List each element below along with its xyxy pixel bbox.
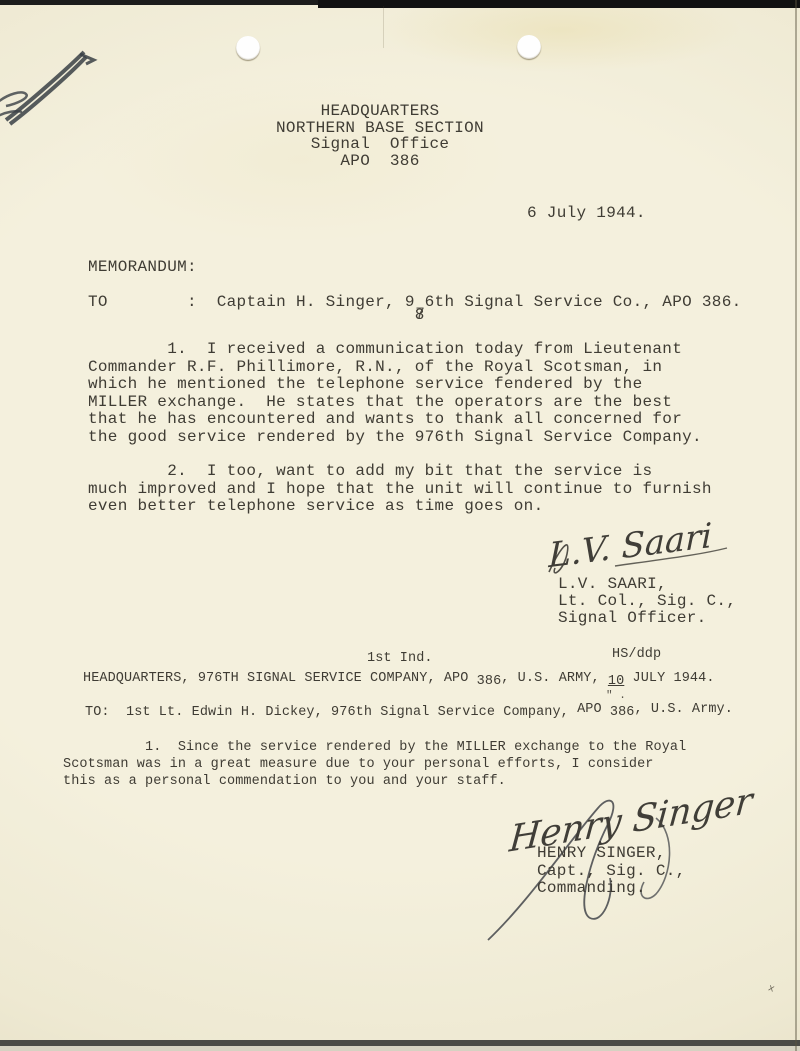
memo-to-addressee-post: 6th Signal Service Co., APO 386. <box>425 293 742 311</box>
saari-signature-flourish <box>545 520 735 580</box>
letterhead: HEADQUARTERS NORTHERN BASE SECTION Signa… <box>200 103 560 169</box>
indorsement-headquarters-line: HEADQUARTERS, 976TH SIGNAL SERVICE COMPA… <box>83 671 715 686</box>
memo-to-prefix: TO : <box>88 293 217 311</box>
punch-hole-left <box>236 36 260 60</box>
paper-crease <box>383 6 384 48</box>
typist-initials: HS/ddp <box>612 647 661 662</box>
indorsement-to-line: TO: 1st Lt. Edwin H. Dickey, 976th Signa… <box>85 705 733 720</box>
ditto-correction-mark: " . <box>606 690 626 702</box>
saari-name: L.V. SAARI, <box>558 576 736 593</box>
scan-edge-right <box>795 0 797 1051</box>
memo-to-line: TO : Captain H. Singer, 9876th Signal Se… <box>88 293 742 311</box>
singer-rank: Capt., Sig. C., <box>537 863 686 881</box>
document-page: HEADQUARTERS NORTHERN BASE SECTION Signa… <box>0 0 800 1051</box>
saari-title: Signal Officer. <box>558 610 736 627</box>
apo-number-2: 386 <box>610 705 635 720</box>
letterhead-line-headquarters: HEADQUARTERS <box>200 103 560 120</box>
singer-typed-block: HENRY SINGER, Capt., Sig. C., Commanding… <box>537 845 686 898</box>
indorsement-label: 1st Ind. <box>367 651 433 666</box>
letterhead-line-office: Signal Office <box>200 136 560 153</box>
stray-pen-mark: x <box>766 983 775 995</box>
memo-to-addressee-pre: Captain H. Singer, 9 <box>217 293 415 311</box>
singer-name: HENRY SINGER, <box>537 845 686 863</box>
memo-paragraph-1: 1. I received a communication today from… <box>88 341 702 446</box>
punch-hole-right <box>517 35 541 59</box>
memo-paragraph-2: 2. I too, want to add my bit that the se… <box>88 463 712 516</box>
apo-number: 386 <box>477 674 502 689</box>
letterhead-line-section: NORTHERN BASE SECTION <box>200 120 560 137</box>
letterhead-line-apo: APO 386 <box>200 153 560 170</box>
indorsement-day: 10 <box>608 674 624 689</box>
singer-title: Commanding. <box>537 880 686 898</box>
memorandum-label: MEMORANDUM: <box>88 258 197 276</box>
indorsement-paragraph: 1. Since the service rendered by the MIL… <box>63 739 686 791</box>
saari-typed-block: L.V. SAARI, Lt. Col., Sig. C., Signal Of… <box>558 576 736 628</box>
date-line: 6 July 1944. <box>527 204 646 222</box>
saari-rank: Lt. Col., Sig. C., <box>558 593 736 610</box>
scan-edge-bottom-shadow <box>0 1046 800 1051</box>
scan-edge-top-right <box>318 0 800 8</box>
handwritten-corner-scribble <box>0 50 126 130</box>
